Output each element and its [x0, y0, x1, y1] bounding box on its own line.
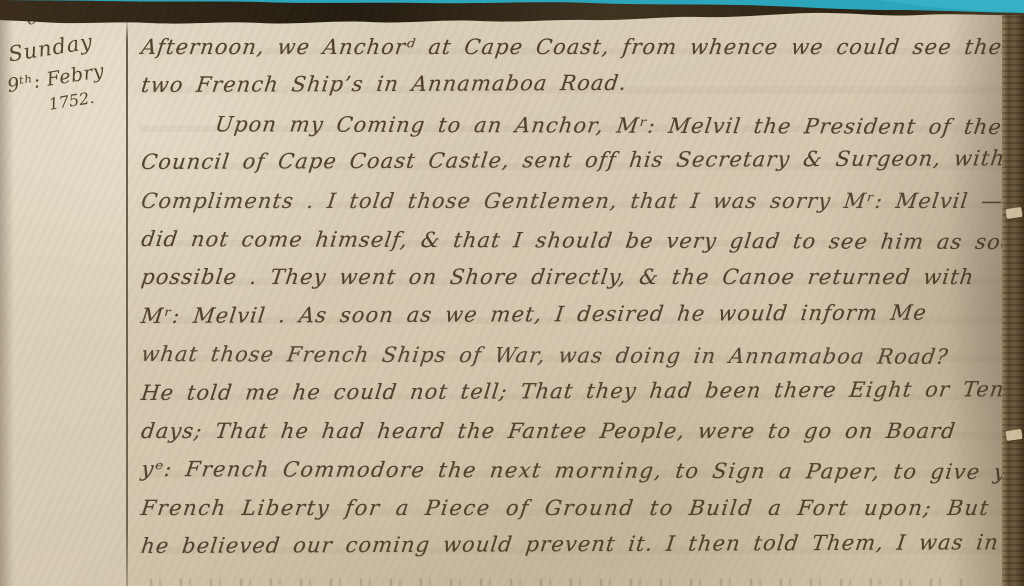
- manuscript-line: two French Ship’s in Annamaboa Road.: [139, 63, 1006, 105]
- manuscript-page: 61 Sunday 9ᵗʰ: Febry 1752. Afternoon, we…: [0, 0, 1024, 586]
- manuscript-line: possible . They went on Shore directly, …: [139, 258, 1006, 296]
- manuscript-line: Mʳ: Melvil . As soon as we met, I desire…: [139, 293, 1006, 335]
- scan-background: 61 Sunday 9ᵗʰ: Febry 1752. Afternoon, we…: [0, 0, 1024, 586]
- cut-off-line-fragment: [150, 579, 964, 586]
- margin-rule-line: [126, 18, 128, 586]
- manuscript-line: French Liberty for a Piece of Ground to …: [139, 489, 1006, 527]
- page-right-shadow: [946, 0, 1006, 586]
- torn-top-edge: [0, 0, 1024, 30]
- page-edge-notch: [1005, 207, 1022, 219]
- manuscript-line: Afternoon, we Anchorᵈ at Cape Coast, fro…: [139, 28, 1006, 66]
- manuscript-line: Council of Cape Coast Castle, sent off h…: [139, 139, 1006, 181]
- book-page-edges: [1002, 10, 1024, 586]
- manuscript-text-block: Afternoon, we Anchorᵈ at Cape Coast, fro…: [139, 28, 1006, 580]
- manuscript-line: He told me he could not tell; That they …: [139, 370, 1006, 412]
- manuscript-line: Compliments . I told those Gentlemen, th…: [139, 182, 1006, 220]
- manuscript-line: he believed our coming would prevent it.…: [139, 523, 1006, 565]
- manuscript-line: days; That he had heard the Fantee Peopl…: [139, 412, 1006, 450]
- page-edge-notch: [1005, 429, 1022, 441]
- manuscript-line: did not come himself, & that I should be…: [139, 220, 1006, 261]
- manuscript-line: yᵉ: French Commodore the next morning, t…: [139, 450, 1006, 491]
